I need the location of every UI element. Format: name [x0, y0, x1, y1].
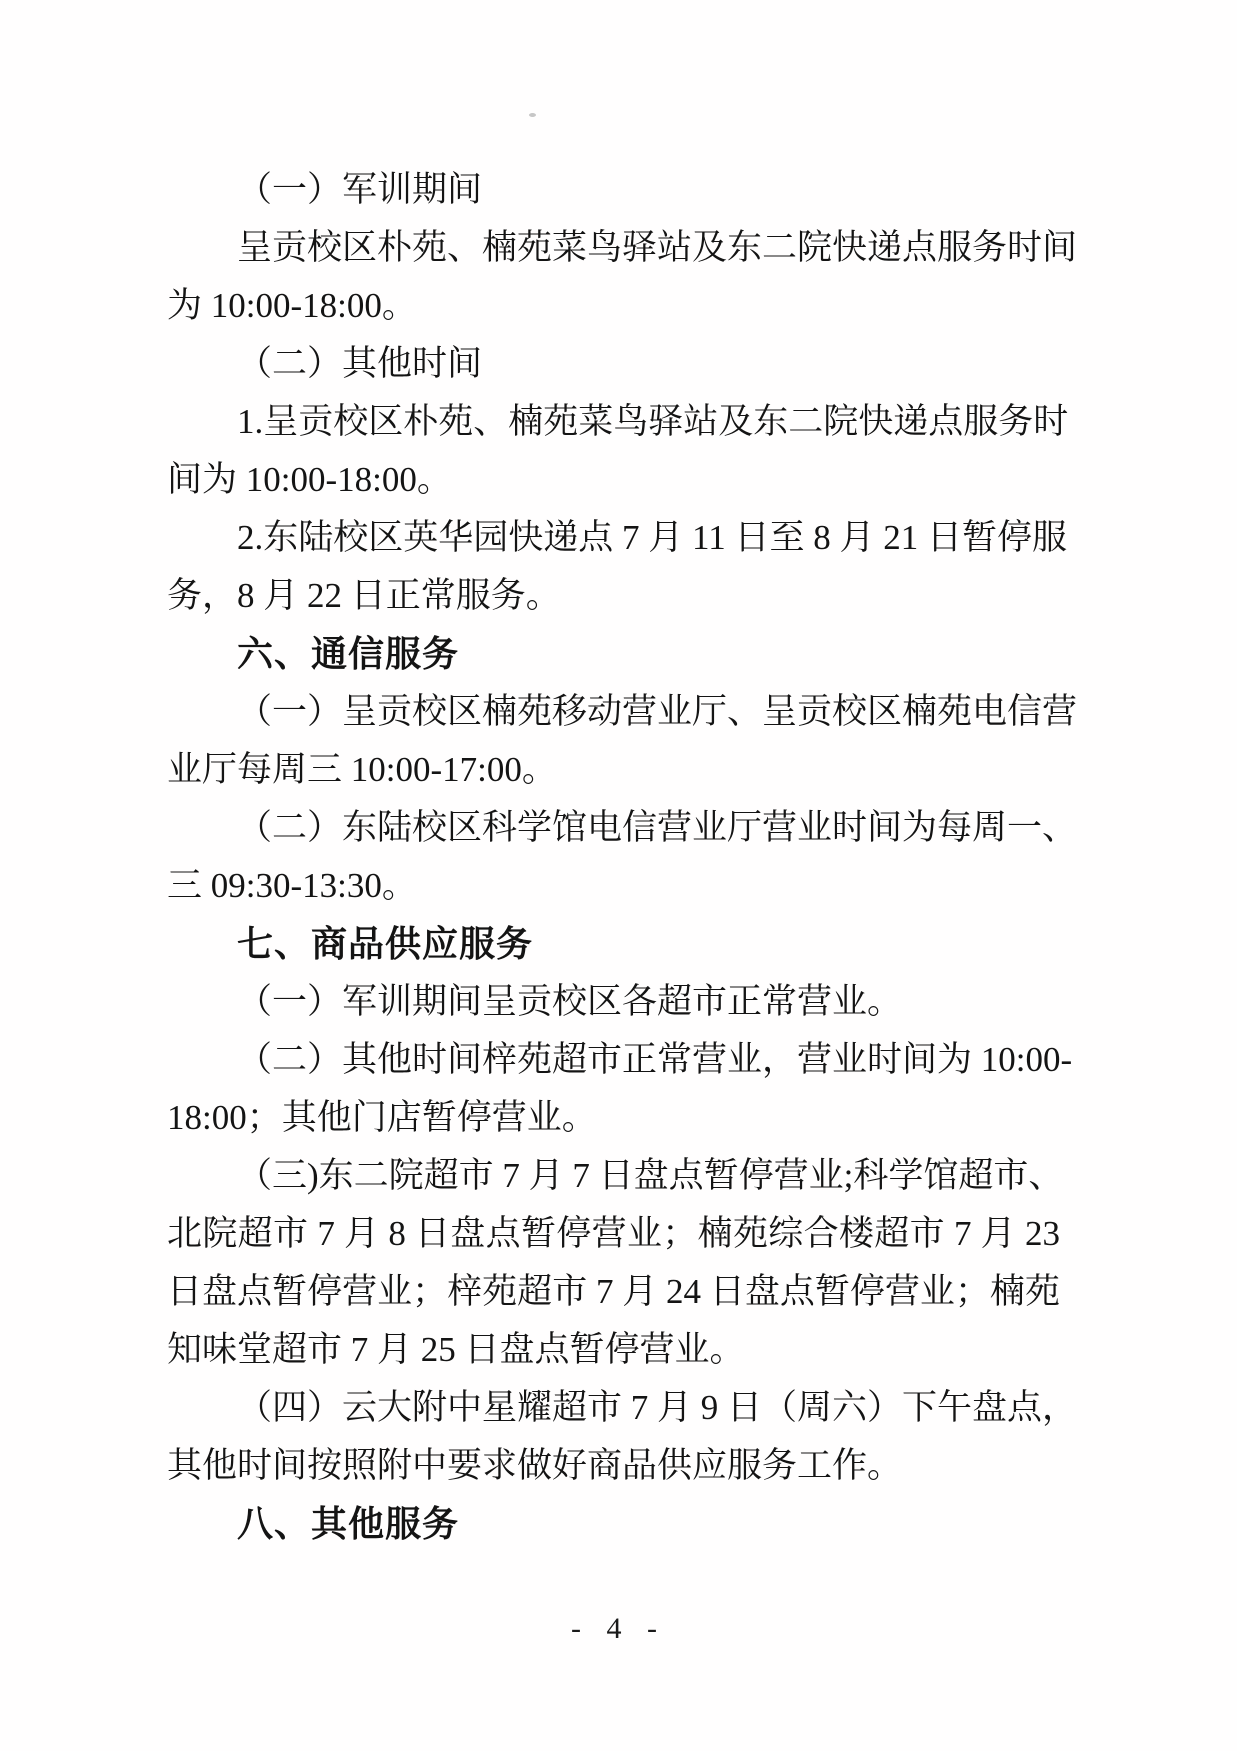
section-heading: 七、商品供应服务 [167, 915, 1060, 973]
doc-line: 务，8 月 22 日正常服务。 [167, 567, 1060, 625]
doc-line: （一）呈贡校区楠苑移动营业厅、呈贡校区楠苑电信营 [167, 683, 1060, 741]
doc-line: （一）军训期间呈贡校区各超市正常营业。 [167, 973, 1060, 1031]
doc-line: 1.呈贡校区朴苑、楠苑菜鸟驿站及东二院快递点服务时 [167, 393, 1060, 451]
section-heading: 八、其他服务 [167, 1495, 1060, 1553]
doc-line: 业厅每周三 10:00-17:00。 [167, 741, 1060, 799]
doc-line: 知味堂超市 7 月 25 日盘点暂停营业。 [167, 1321, 1060, 1379]
doc-line: （三)东二院超市 7 月 7 日盘点暂停营业;科学馆超市、 [167, 1147, 1060, 1205]
doc-line: 三 09:30-13:30。 [167, 857, 1060, 915]
page-number: - 4 - [0, 1612, 1237, 1646]
subsection-heading: （一）军训期间 [167, 161, 1060, 219]
subsection-heading: （二）其他时间 [167, 335, 1060, 393]
document-page: （一）军训期间 呈贡校区朴苑、楠苑菜鸟驿站及东二院快递点服务时间 为 10:00… [0, 0, 1237, 1751]
doc-line: （四）云大附中星耀超市 7 月 9 日（周六）下午盘点， [167, 1379, 1060, 1437]
section-heading: 六、通信服务 [167, 625, 1060, 683]
doc-line: 为 10:00-18:00。 [167, 277, 1060, 335]
doc-line: 呈贡校区朴苑、楠苑菜鸟驿站及东二院快递点服务时间 [167, 219, 1060, 277]
doc-line: （二）其他时间梓苑超市正常营业，营业时间为 10:00- [167, 1031, 1060, 1089]
doc-line: 2.东陆校区英华园快递点 7 月 11 日至 8 月 21 日暂停服 [167, 509, 1060, 567]
doc-line: 日盘点暂停营业；梓苑超市 7 月 24 日盘点暂停营业；楠苑 [167, 1263, 1060, 1321]
doc-line: 18:00；其他门店暂停营业。 [167, 1089, 1060, 1147]
doc-line: 其他时间按照附中要求做好商品供应服务工作。 [167, 1437, 1060, 1495]
doc-line: 北院超市 7 月 8 日盘点暂停营业；楠苑综合楼超市 7 月 23 [167, 1205, 1060, 1263]
scan-artifact-speck [529, 113, 536, 117]
doc-line: 间为 10:00-18:00。 [167, 451, 1060, 509]
document-body: （一）军训期间 呈贡校区朴苑、楠苑菜鸟驿站及东二院快递点服务时间 为 10:00… [167, 161, 1060, 1553]
doc-line: （二）东陆校区科学馆电信营业厅营业时间为每周一、 [167, 799, 1060, 857]
